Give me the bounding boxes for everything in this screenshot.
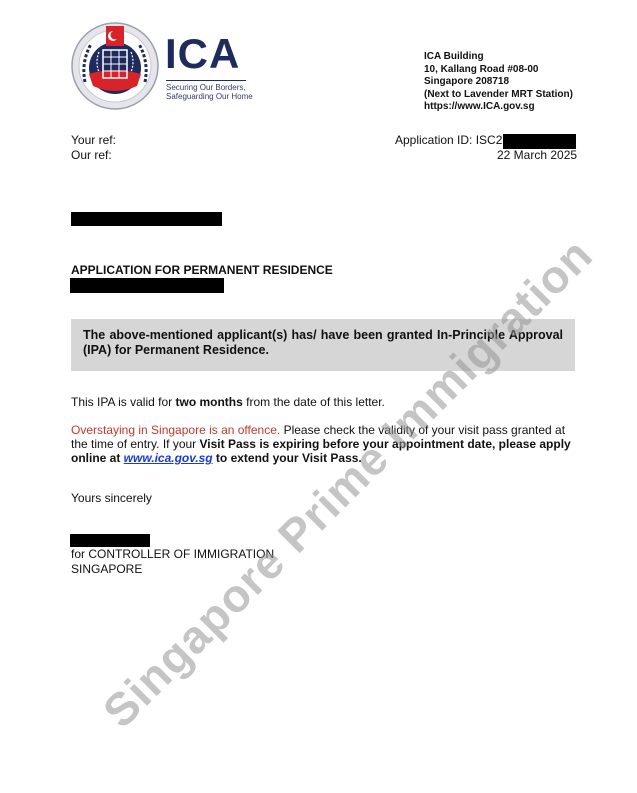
overstay-warning: Overstaying in Singapore is an offence. [71, 423, 280, 437]
redacted-application-id [503, 134, 576, 149]
signatory-title: for CONTROLLER OF IMMIGRATION [71, 547, 274, 561]
logo-tagline: Securing Our Borders, Safeguarding Our H… [166, 83, 253, 101]
ica-address: ICA Building 10, Kallang Road #08-00 Sin… [424, 51, 573, 114]
address-line-2: 10, Kallang Road #08-00 [424, 64, 573, 77]
validity-paragraph: This IPA is valid for two months from th… [71, 395, 385, 409]
validity-prefix: This IPA is valid for [71, 395, 175, 409]
letter-date: 22 March 2025 [497, 148, 577, 163]
our-ref-label: Our ref: [71, 148, 112, 163]
overstay-instruction-end: to extend your Visit Pass. [213, 451, 362, 465]
address-line-4: (Next to Lavender MRT Station) [424, 89, 573, 102]
overstay-paragraph: Overstaying in Singapore is an offence. … [71, 423, 576, 465]
application-id-label: Application ID: ISC2 [395, 133, 502, 148]
approval-notice-text: The above-mentioned applicant(s) has/ ha… [83, 328, 563, 358]
signatory-country: SINGAPORE [71, 562, 142, 576]
redacted-signatory-name [70, 534, 150, 547]
ica-website-link[interactable]: www.ica.gov.sg [124, 451, 213, 465]
logo-divider [166, 80, 246, 81]
tagline-line-2: Safeguarding Our Home [166, 92, 253, 101]
ica-logo-text: ICA [165, 33, 240, 75]
address-line-1: ICA Building [424, 51, 573, 64]
letter-subject: APPLICATION FOR PERMANENT RESIDENCE [71, 263, 333, 277]
validity-duration: two months [175, 395, 242, 409]
redacted-applicant-name [70, 278, 224, 293]
validity-suffix: from the date of this letter. [243, 395, 385, 409]
tagline-line-1: Securing Our Borders, [166, 83, 253, 92]
ica-crest-icon [71, 22, 159, 110]
closing-salutation: Yours sincerely [71, 491, 152, 505]
address-website: https://www.ICA.gov.sg [424, 101, 573, 114]
approval-notice-box: The above-mentioned applicant(s) has/ ha… [71, 319, 575, 371]
your-ref-label: Your ref: [71, 133, 116, 148]
redacted-recipient [71, 212, 222, 226]
watermark: Singapore Prime Immigration [92, 227, 603, 738]
address-line-3: Singapore 208718 [424, 76, 573, 89]
